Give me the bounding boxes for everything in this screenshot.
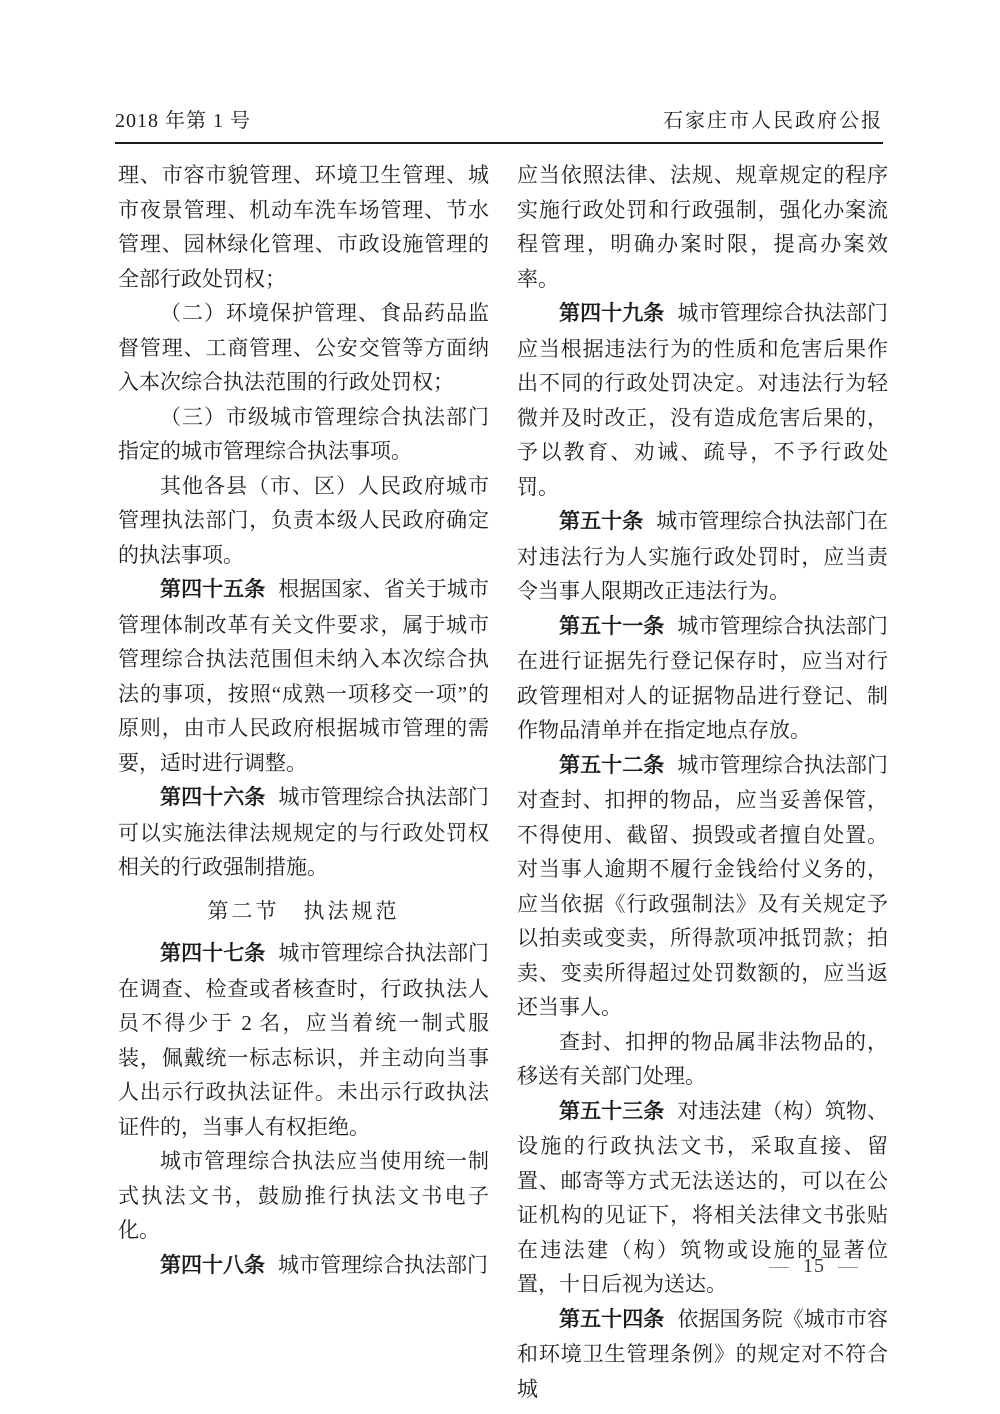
article-53-number: 第五十三条 bbox=[559, 1100, 664, 1123]
page-number-value: 15 bbox=[803, 1255, 825, 1277]
paragraph-text: 城市管理综合执法部门 bbox=[278, 1253, 488, 1277]
para-article-46: 第四十六条城市管理综合执法部门可以实施法律法规规定的与行政处罚权相关的行政强制措… bbox=[118, 780, 489, 885]
paragraph-text: 其他各县（市、区）人民政府城市管理执法部门，负责本级人民政府确定的执法事项。 bbox=[118, 474, 489, 567]
paragraph-text: 城市管理综合执法部门对查封、扣押的物品，应当妥善保管，不得使用、截留、损毁或者擅… bbox=[517, 753, 888, 1020]
body-columns: 理、市容市貌管理、环境卫生管理、城市夜景管理、机动车洗车场管理、节水管理、园林绿… bbox=[118, 158, 888, 1406]
page-number-dash-left: — bbox=[769, 1255, 790, 1277]
article-49-number: 第四十九条 bbox=[559, 302, 664, 325]
paragraph-text: （二）环境保护管理、食品药品监督管理、工商管理、公安交管等方面纳入本次综合执法范… bbox=[118, 301, 489, 394]
article-46-number: 第四十六条 bbox=[160, 786, 265, 809]
section-2-heading: 第二节 执法规范 bbox=[118, 894, 489, 929]
article-48-number: 第四十八条 bbox=[160, 1254, 265, 1277]
article-50-number: 第五十条 bbox=[559, 510, 643, 533]
page-number-dash-right: — bbox=[838, 1255, 859, 1277]
paragraph-text: 城市管理综合执法部门应当根据违法行为的性质和危害后果作出不同的行政处罚决定。对违… bbox=[517, 301, 888, 499]
para-article-47: 第四十七条城市管理综合执法部门在调查、检查或者核查时，行政执法人员不得少于 2 … bbox=[118, 936, 489, 1144]
paragraph-text: 理、市容市貌管理、环境卫生管理、城市夜景管理、机动车洗车场管理、节水管理、园林绿… bbox=[118, 163, 489, 291]
article-45-number: 第四十五条 bbox=[160, 578, 265, 601]
paragraph-text: 城市管理综合执法部门在调查、检查或者核查时，行政执法人员不得少于 2 名，应当着… bbox=[118, 941, 489, 1139]
para-left-continuation: 理、市容市貌管理、环境卫生管理、城市夜景管理、机动车洗车场管理、节水管理、园林绿… bbox=[118, 158, 489, 296]
para-left-item-2: （二）环境保护管理、食品药品监督管理、工商管理、公安交管等方面纳入本次综合执法范… bbox=[118, 296, 489, 400]
para-right-continuation: 应当依照法律、法规、规章规定的程序实施行政处罚和行政强制，强化办案流程管理，明确… bbox=[517, 158, 888, 296]
article-54-number: 第五十四条 bbox=[559, 1308, 664, 1331]
para-article-51: 第五十一条城市管理综合执法部门在进行证据先行登记保存时，应当对行政管理相对人的证… bbox=[517, 609, 888, 748]
para-article-50: 第五十条城市管理综合执法部门在对违法行为人实施行政处罚时，应当责令当事人限期改正… bbox=[517, 504, 888, 609]
gazette-page: 2018 年第 1 号 石家庄市人民政府公报 理、市容市貌管理、环境卫生管理、城… bbox=[0, 0, 1000, 1414]
paragraph-text: 查封、扣押的物品属非法物品的，移送有关部门处理。 bbox=[517, 1030, 888, 1089]
page-header: 2018 年第 1 号 石家庄市人民政府公报 bbox=[115, 104, 883, 144]
article-52-number: 第五十二条 bbox=[559, 754, 664, 777]
para-article-48: 第四十八条城市管理综合执法部门 bbox=[118, 1248, 489, 1284]
paragraph-text: （三）市级城市管理综合执法部门指定的城市管理综合执法事项。 bbox=[118, 405, 489, 464]
paragraph-text: 应当依照法律、法规、规章规定的程序实施行政处罚和行政强制，强化办案流程管理，明确… bbox=[517, 163, 888, 291]
para-left-item-3: （三）市级城市管理综合执法部门指定的城市管理综合执法事项。 bbox=[118, 400, 489, 469]
para-left-documents: 城市管理综合执法应当使用统一制式执法文书，鼓励推行执法文书电子化。 bbox=[118, 1144, 489, 1248]
para-article-45: 第四十五条根据国家、省关于城市管理体制改革有关文件要求，属于城市管理综合执法范围… bbox=[118, 572, 489, 780]
para-right-illegal-items: 查封、扣押的物品属非法物品的，移送有关部门处理。 bbox=[517, 1025, 888, 1094]
para-left-counties: 其他各县（市、区）人民政府城市管理执法部门，负责本级人民政府确定的执法事项。 bbox=[118, 469, 489, 573]
issue-label: 2018 年第 1 号 bbox=[115, 104, 251, 133]
article-51-number: 第五十一条 bbox=[559, 615, 664, 638]
paragraph-text: 城市管理综合执法应当使用统一制式执法文书，鼓励推行执法文书电子化。 bbox=[118, 1149, 489, 1242]
paragraph-text: 根据国家、省关于城市管理体制改革有关文件要求，属于城市管理综合执法范围但未纳入本… bbox=[118, 577, 489, 775]
page-number: —15— bbox=[756, 1255, 872, 1278]
para-article-52: 第五十二条城市管理综合执法部门对查封、扣押的物品，应当妥善保管，不得使用、截留、… bbox=[517, 748, 888, 1025]
article-47-number: 第四十七条 bbox=[160, 942, 265, 965]
para-article-54: 第五十四条依据国务院《城市市容和环境卫生管理条例》的规定对不符合城 bbox=[517, 1302, 888, 1407]
para-article-49: 第四十九条城市管理综合执法部门应当根据违法行为的性质和危害后果作出不同的行政处罚… bbox=[517, 296, 888, 504]
right-column: 应当依照法律、法规、规章规定的程序实施行政处罚和行政强制，强化办案流程管理，明确… bbox=[517, 158, 888, 1406]
gazette-title: 石家庄市人民政府公报 bbox=[663, 104, 883, 133]
left-column: 理、市容市貌管理、环境卫生管理、城市夜景管理、机动车洗车场管理、节水管理、园林绿… bbox=[118, 158, 489, 1406]
